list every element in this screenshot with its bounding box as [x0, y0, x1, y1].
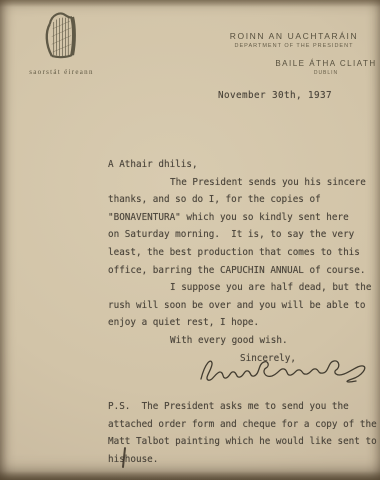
place-name-english: DUBLIN: [236, 70, 380, 76]
signature-kathleen-oconnell: [194, 353, 376, 389]
letter-line: Matt Talbot painting which he would like…: [108, 433, 374, 451]
letter-line: on Saturday morning. It is, to say the v…: [108, 226, 374, 244]
letter-line: The President sends you his sincere: [170, 174, 374, 192]
letterhead-office-block: ROINN AN UACHTARÁIN DEPARTMENT OF THE PR…: [204, 31, 380, 49]
letter-line: P.S. The President asks me to send you t…: [108, 398, 374, 416]
letter-line: rush will soon be over and you will be a…: [108, 297, 374, 315]
postscript: P.S. The President asks me to send you t…: [108, 398, 374, 468]
letterhead-place-block: BAILE ÁTHA CLIATH DUBLIN: [236, 59, 380, 76]
letter-line: office, barring the CAPUCHIN ANNUAL of c…: [108, 262, 374, 280]
paper-edge-shadow-top: [0, 0, 380, 7]
letter-line: least, the best production that comes to…: [108, 244, 374, 262]
body-lines: The President sends you his sincerethank…: [108, 174, 374, 368]
office-name-english: DEPARTMENT OF THE PRESIDENT: [204, 43, 380, 49]
paper-edge-shadow-bottom: [0, 471, 380, 480]
letter-line: thanks, and so do I, for the copies of: [108, 191, 374, 209]
salutation: A Athair dhilis,: [108, 156, 374, 174]
office-name-irish: ROINN AN UACHTARÁIN: [204, 31, 380, 41]
letter-document: saorstát éireann ROINN AN UACHTARÁIN DEP…: [0, 0, 380, 480]
letter-line: hishouse.: [108, 451, 374, 469]
letter-line: enjoy a quiet rest, I hope.: [108, 314, 374, 332]
letter-line: attached order form and cheque for a cop…: [108, 416, 374, 434]
place-name-irish: BAILE ÁTHA CLIATH: [236, 59, 380, 68]
motto-saorstat-eireann: saorstát éireann: [14, 68, 109, 76]
harp-emblem-icon: [44, 9, 77, 66]
letter-line: I suppose you are half dead, but the: [170, 279, 374, 297]
date-line: November 30th, 1937: [218, 90, 332, 101]
postscript-lines: P.S. The President asks me to send you t…: [108, 398, 374, 468]
letter-line: With every good wish.: [170, 332, 374, 350]
letter-body: A Athair dhilis, The President sends you…: [108, 156, 374, 367]
letter-line: "BONAVENTURA" which you so kindly sent h…: [108, 209, 374, 227]
